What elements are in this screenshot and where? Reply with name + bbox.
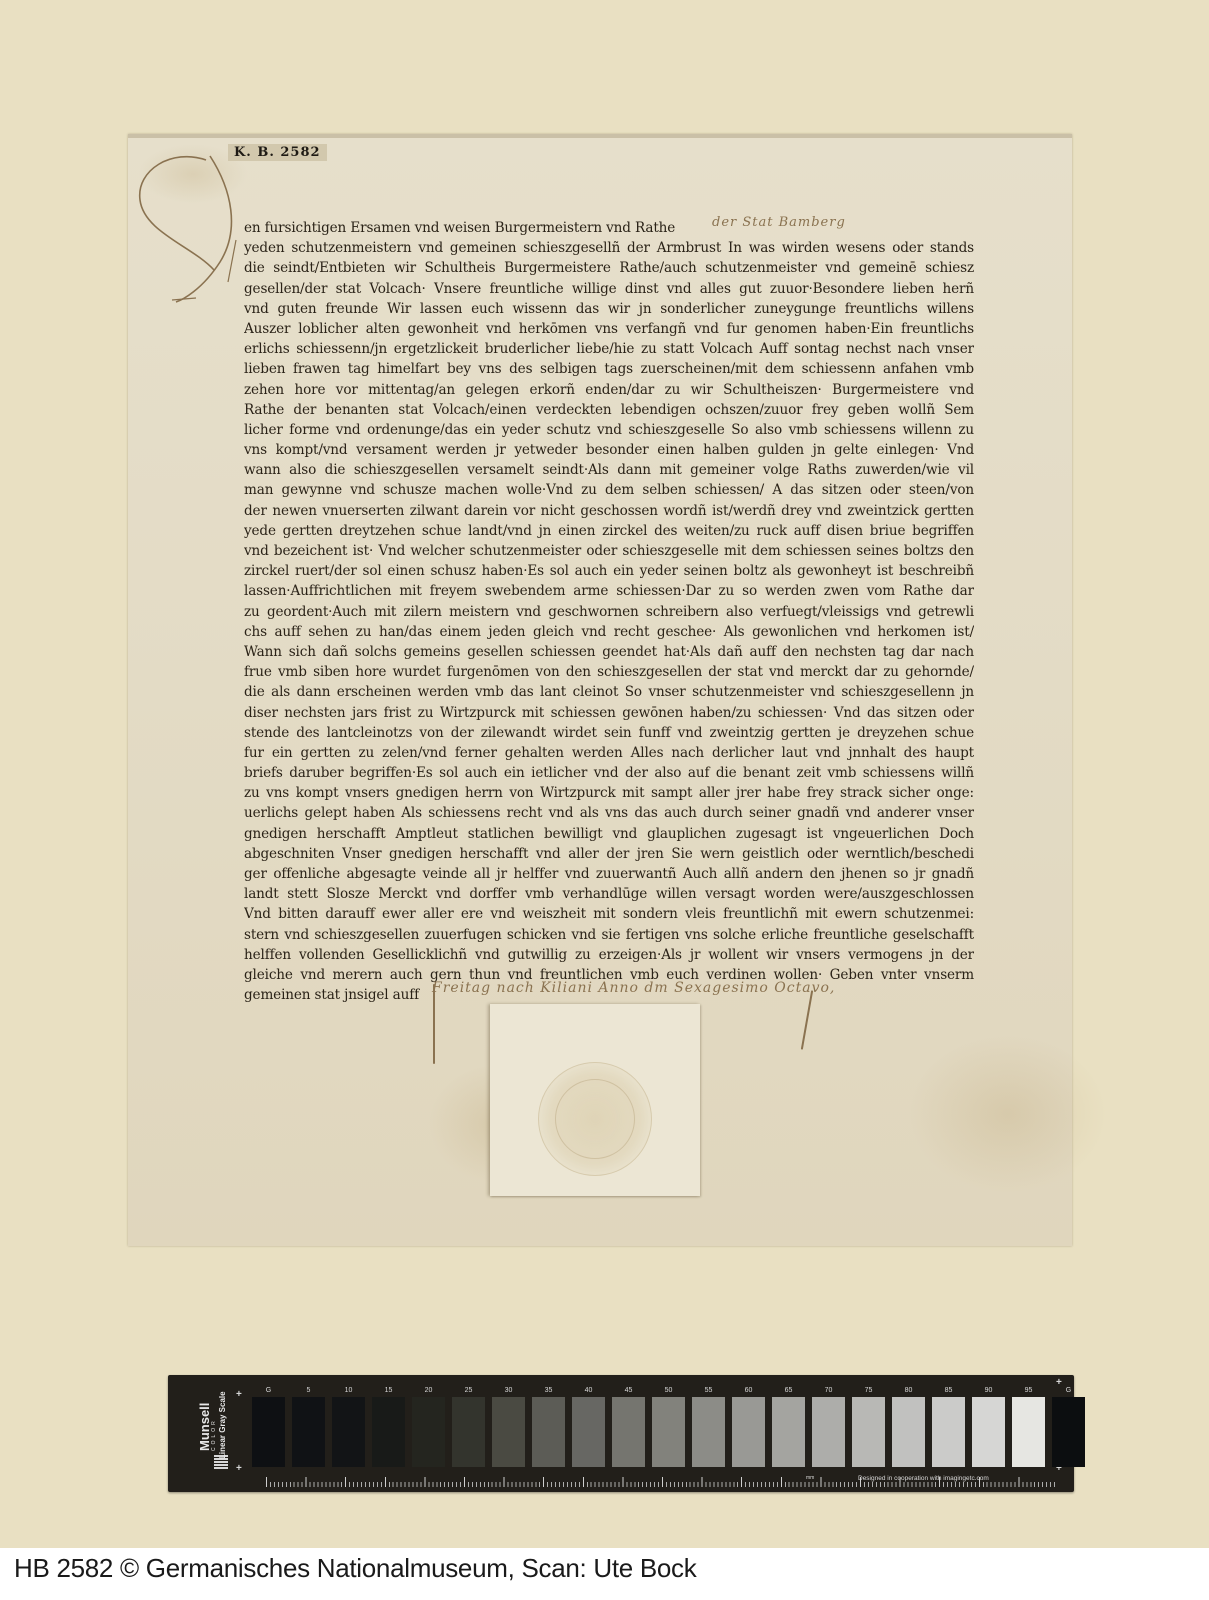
gray-swatch: 30 [492, 1385, 525, 1467]
text-line: gnedigen herschafft Amptleut statlichen … [244, 824, 974, 844]
text-line: briefs daruber begriffen·Es sol auch ein… [244, 763, 974, 783]
swatch-label: 75 [865, 1385, 873, 1397]
swatch-chip [572, 1397, 605, 1467]
swatch-chip [372, 1397, 405, 1467]
text-line: Auszer loblicher alten gewonheit vnd her… [244, 319, 974, 339]
gray-swatch: 65 [772, 1385, 805, 1467]
gray-swatch: G [1052, 1385, 1085, 1467]
seal-cover-paper [490, 1004, 700, 1196]
wax-seal-icon [538, 1062, 652, 1176]
gray-swatch: 40 [572, 1385, 605, 1467]
gray-swatch: G [252, 1385, 285, 1467]
gray-swatch: 5 [292, 1385, 325, 1467]
munsell-gray-scale-target: Munsell COLOR Linear Gray Scale + + + + … [168, 1375, 1074, 1492]
text-line: gesellen/der stat Volcach· Vnsere freunt… [244, 279, 974, 299]
swatch-chip [1052, 1397, 1085, 1467]
text-line: abgeschniten Vnser gnedigen herschafft v… [244, 844, 974, 864]
document-body-text: en fursichtigen Ersamen vnd weisen Burge… [244, 218, 974, 1005]
swatch-label: G [266, 1385, 271, 1397]
text-line: lieben frawen tag himelfart bey vns des … [244, 359, 974, 379]
swatch-label: G [1066, 1385, 1071, 1397]
swatch-label: 80 [905, 1385, 913, 1397]
gray-swatch: 10 [332, 1385, 365, 1467]
swatch-label: 40 [585, 1385, 593, 1397]
registration-plus-icon: + [236, 1463, 242, 1474]
swatch-chip [332, 1397, 365, 1467]
text-line: landt stett Slosze Merckt vnd dorffer vm… [244, 884, 974, 904]
swatch-label: 35 [545, 1385, 553, 1397]
text-line: frue vmb siben hore wurdet furgenōmen vo… [244, 662, 974, 682]
swatch-label: 5 [307, 1385, 311, 1397]
swatch-label: 85 [945, 1385, 953, 1397]
text-line: zehen hore vor mittentag/an gelegen erko… [244, 380, 974, 400]
text-line: yede gertten dreytzehen schue landt/vnd … [244, 521, 974, 541]
image-caption: HB 2582 © Germanisches Nationalmuseum, S… [14, 1553, 696, 1584]
swatch-chip [732, 1397, 765, 1467]
gray-swatch: 50 [652, 1385, 685, 1467]
gray-swatch: 20 [412, 1385, 445, 1467]
swatch-chip [492, 1397, 525, 1467]
handwritten-insert: der Stat Bamberg [712, 215, 846, 230]
swatch-label: 10 [345, 1385, 353, 1397]
swatch-label: 90 [985, 1385, 993, 1397]
swatch-chip [1012, 1397, 1045, 1467]
text-line: vns kompt/vnd versament werden jr yetwed… [244, 440, 974, 460]
gray-swatch: 90 [972, 1385, 1005, 1467]
text-line: zirckel ruert/der sol einen schusz haben… [244, 561, 974, 581]
swatch-label: 60 [745, 1385, 753, 1397]
decorated-initial-d-icon [132, 150, 242, 310]
swatch-chip [972, 1397, 1005, 1467]
swatch-chip [612, 1397, 645, 1467]
munsell-brand-name: Munsell [198, 1403, 211, 1451]
text-line: stende des lantcleinotzs von der zilewan… [244, 723, 974, 743]
munsell-brand-sub: COLOR [211, 1418, 217, 1451]
swatch-chip [892, 1397, 925, 1467]
text-line: zu geordent·Auch mit zilern meistern vnd… [244, 602, 974, 622]
ruler-unit-label: mm [806, 1475, 814, 1481]
registration-plus-icon: + [236, 1389, 242, 1400]
text-line: fur ein gertten zu zelen/vnd ferner geha… [244, 743, 974, 763]
paper-stain [908, 1034, 1108, 1194]
munsell-brand: Munsell COLOR Linear Gray Scale [174, 1383, 230, 1469]
scale-title: Linear Gray Scale [218, 1391, 227, 1459]
text-line: vnd bezeichent ist· Vnd welcher schutzen… [244, 541, 974, 561]
gray-swatch: 45 [612, 1385, 645, 1467]
gray-swatch: 35 [532, 1385, 565, 1467]
text-line: erlichs schiessenn/jn ergetzlickeit brud… [244, 339, 974, 359]
swatch-chip [852, 1397, 885, 1467]
swatch-chip [692, 1397, 725, 1467]
signature-stroke [433, 984, 435, 1064]
text-line: helffen vollenden Gesellicklichñ vnd gut… [244, 945, 974, 965]
text-line: yeden schutzenmeistern vnd gemeinen schi… [244, 238, 974, 258]
swatch-label: 20 [425, 1385, 433, 1397]
text-line: zu vns kompt vnsers gnedigen herrn von W… [244, 783, 974, 803]
gray-swatch: 70 [812, 1385, 845, 1467]
swatch-label: 95 [1025, 1385, 1033, 1397]
handwritten-date: Freitag nach Kiliani Anno dm Sexagesimo … [432, 980, 835, 996]
gray-swatch: 95 [1012, 1385, 1045, 1467]
text-line: licher forme vnd ordenunge/das ein yeder… [244, 420, 974, 440]
text-line: Rathe der benanten stat Volcach/einen ve… [244, 400, 974, 420]
text-line: en fursichtigen Ersamen vnd weisen Burge… [244, 218, 714, 238]
swatch-label: 55 [705, 1385, 713, 1397]
swatch-chip [292, 1397, 325, 1467]
swatch-label: 45 [625, 1385, 633, 1397]
swatch-chip [252, 1397, 285, 1467]
text-line: stern vnd schieszgesellen zuuerfugen sch… [244, 925, 974, 945]
text-line: ger offenliche abgesagte veinde all jr h… [244, 864, 974, 884]
swatch-label: 15 [385, 1385, 393, 1397]
text-line: gemeinen stat jnsigel auff [244, 985, 424, 1005]
swatch-chip [812, 1397, 845, 1467]
text-line: wann also die schieszgesellen versamelt … [244, 460, 974, 480]
text-line: Vnd bitten darauff ewer aller ere vnd we… [244, 904, 974, 924]
gray-swatch: 55 [692, 1385, 725, 1467]
swatch-chip [452, 1397, 485, 1467]
gray-swatch: 85 [932, 1385, 965, 1467]
text-line: diser nechsten jars frist zu Wirtzpurck … [244, 703, 974, 723]
swatch-label: 70 [825, 1385, 833, 1397]
gray-swatch: 15 [372, 1385, 405, 1467]
gray-swatch: 25 [452, 1385, 485, 1467]
gray-swatch-row: G 5 10 15 20 25 30 35 40 45 50 55 60 65 … [252, 1385, 1085, 1467]
swatch-label: 25 [465, 1385, 473, 1397]
text-line: vnd guten freunde Wir lassen euch wissen… [244, 299, 974, 319]
gray-swatch: 80 [892, 1385, 925, 1467]
swatch-chip [412, 1397, 445, 1467]
swatch-chip [932, 1397, 965, 1467]
text-line: die seindt/Entbieten wir Schultheis Burg… [244, 258, 974, 278]
text-line: man gewynne vnd schusze machen wolle·Vnd… [244, 480, 974, 500]
swatch-label: 50 [665, 1385, 673, 1397]
text-line: die als dann erscheinen werden vmb das l… [244, 682, 974, 702]
swatch-label: 30 [505, 1385, 513, 1397]
text-line: Wann sich dañ solchs gemeins gesellen sc… [244, 642, 974, 662]
swatch-chip [772, 1397, 805, 1467]
text-line: lassen·Auffrichtlichen mit freyem sweben… [244, 581, 974, 601]
gray-swatch: 60 [732, 1385, 765, 1467]
gray-swatch: 75 [852, 1385, 885, 1467]
swatch-chip [652, 1397, 685, 1467]
text-line: der newen vnuerserten zilwant darein vor… [244, 501, 974, 521]
imagingetc-credit: Designed in cooperation with imagingetc.… [858, 1475, 989, 1482]
swatch-chip [532, 1397, 565, 1467]
shelfmark-label: K. B. 2582 [228, 144, 327, 161]
text-line: uerlichs gelept haben Als schiessens rec… [244, 803, 974, 823]
swatch-label: 65 [785, 1385, 793, 1397]
text-line: chs auff sehen zu han/das einem jeden gl… [244, 622, 974, 642]
